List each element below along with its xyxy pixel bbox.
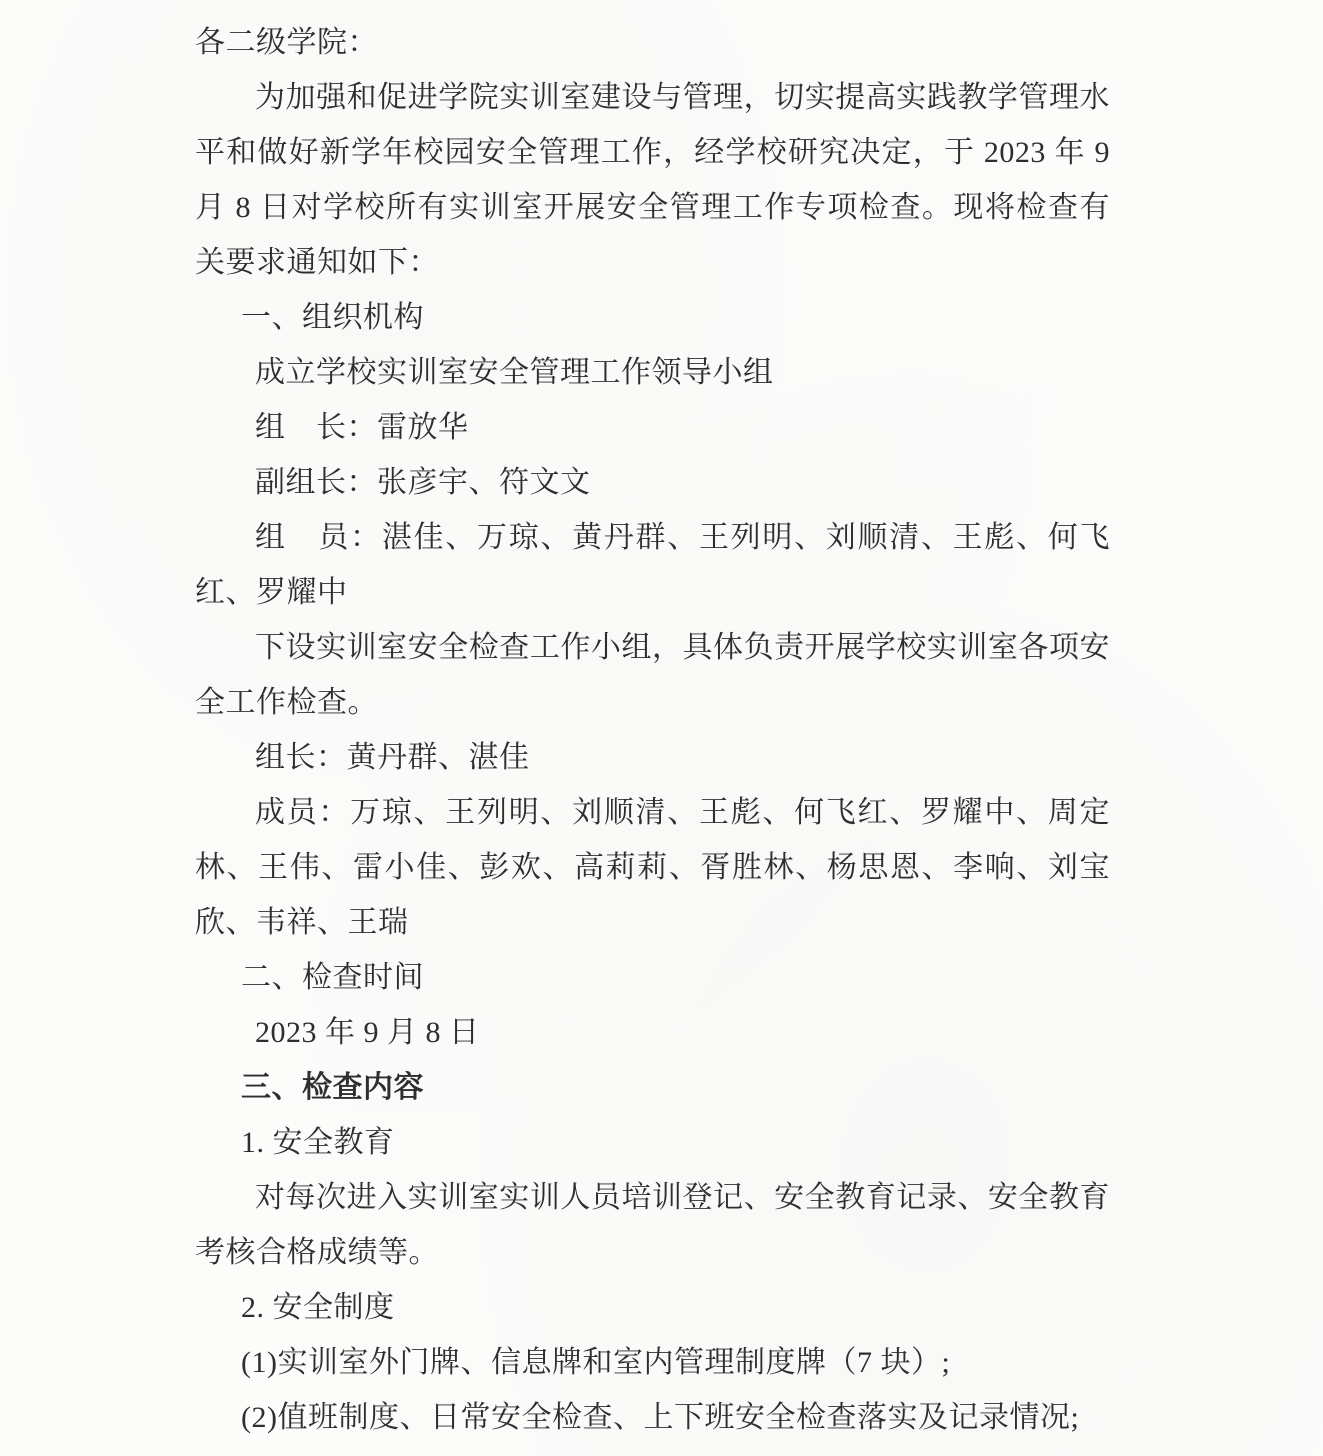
subitem-1-signage: (1)实训室外门牌、信息牌和室内管理制度牌（7 块）; xyxy=(195,1335,1110,1390)
line-inspection-date: 2023 年 9 月 8 日 xyxy=(195,1005,1110,1060)
para-safety-education-detail: 对每次进入实训室实训人员培训登记、安全教育记录、安全教育考核合格成绩等。 xyxy=(195,1170,1110,1280)
line-team-leaders: 组长：黄丹群、湛佳 xyxy=(195,730,1110,785)
line-deputy-leaders: 副组长：张彦宇、符文文 xyxy=(195,455,1110,510)
line-group-members: 组 员：湛佳、万琼、黄丹群、王列明、刘顺清、王彪、何飞红、罗耀中 xyxy=(195,510,1110,620)
document-body: 各二级学院：为加强和促进学院实训室建设与管理，切实提高实践教学管理水平和做好新学… xyxy=(195,15,1110,1445)
para-inspection-team: 下设实训室安全检查工作小组，具体负责开展学校实训室各项安全工作检查。 xyxy=(195,620,1110,730)
subitem-2-duty-system: (2)值班制度、日常安全检查、上下班安全检查落实及记录情况; xyxy=(195,1390,1110,1445)
line-leading-group: 成立学校实训室安全管理工作领导小组 xyxy=(195,345,1110,400)
item-2-safety-system: 2. 安全制度 xyxy=(195,1280,1110,1335)
intro-paragraph: 为加强和促进学院实训室建设与管理，切实提高实践教学管理水平和做好新学年校园安全管… xyxy=(195,70,1110,290)
salutation: 各二级学院： xyxy=(195,15,1110,70)
line-team-members: 成员：万琼、王列明、刘顺清、王彪、何飞红、罗耀中、周定林、王伟、雷小佳、彭欢、高… xyxy=(195,785,1110,950)
document-page: 各二级学院：为加强和促进学院实训室建设与管理，切实提高实践教学管理水平和做好新学… xyxy=(0,0,1323,1456)
item-1-safety-education: 1. 安全教育 xyxy=(195,1115,1110,1170)
heading-3-inspection-content: 三、检查内容 xyxy=(195,1060,1110,1115)
line-group-leader: 组 长：雷放华 xyxy=(195,400,1110,455)
heading-2-inspection-time: 二、检查时间 xyxy=(195,950,1110,1005)
heading-1-organization: 一、组织机构 xyxy=(195,290,1110,345)
